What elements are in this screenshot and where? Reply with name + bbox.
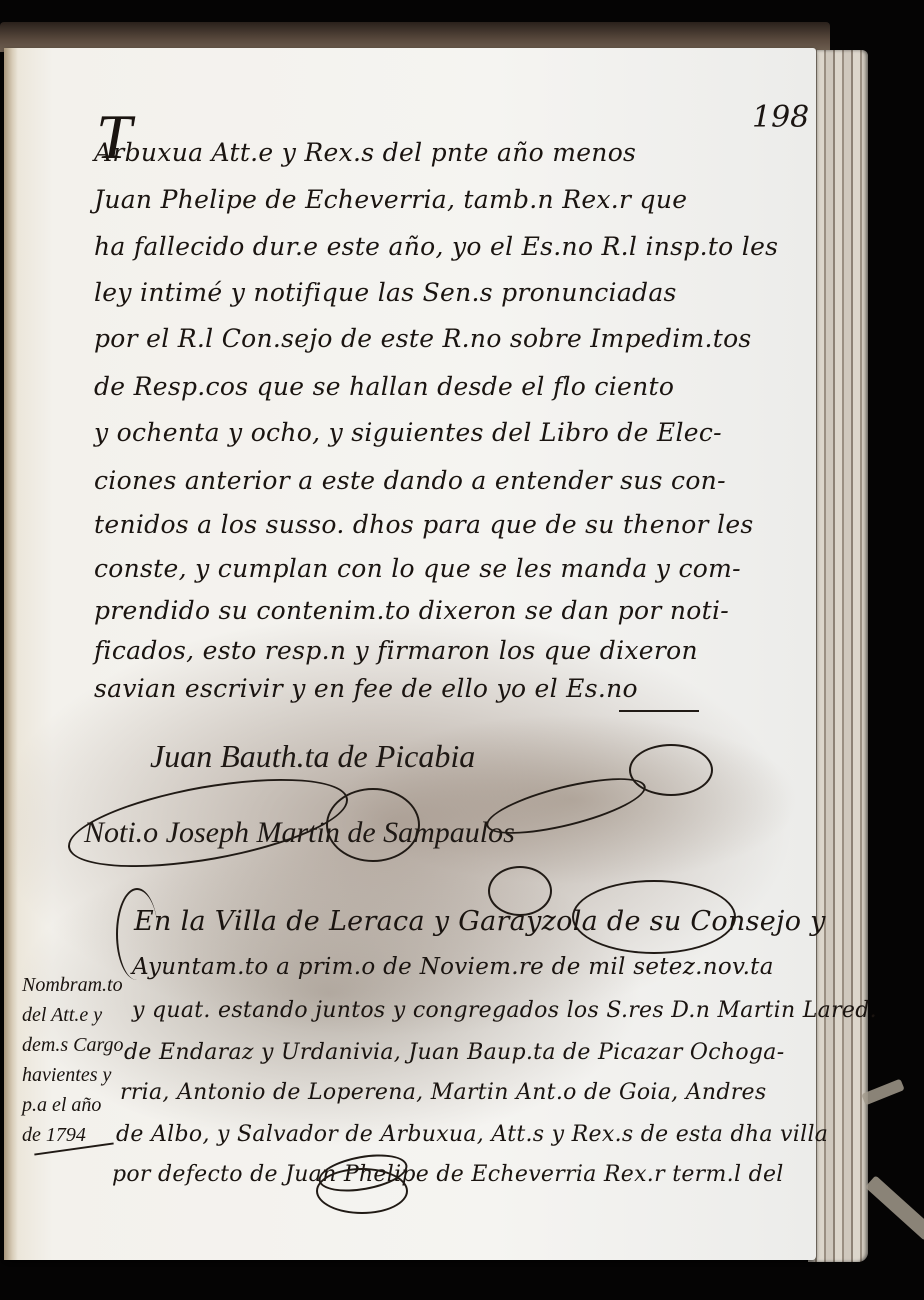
entry-line: por defecto de Juan Phelipe de Echeverri…: [112, 1162, 784, 1187]
body-line: savian escrivir y en fee de ello yo el E…: [94, 674, 638, 703]
body-line: por el R.l Con.sejo de este R.no sobre I…: [94, 324, 752, 353]
entry-line: Ayuntam.to a prim.o de Noviem.re de mil …: [132, 954, 774, 980]
signature-flourish: [326, 788, 420, 862]
ribbon-tie-lower: [865, 1175, 924, 1240]
body-line: Arbuxua Att.e y Rex.s del pnte año menos: [94, 138, 636, 167]
manuscript-page: 198 T Arbuxua Att.e y Rex.s del pnte año…: [4, 48, 816, 1260]
body-line: ley intimé y notifique las Sen.s pronunc…: [94, 278, 677, 307]
body-line: ficados, esto resp.n y firmaron los que …: [94, 636, 698, 665]
entry-line: de Albo, y Salvador de Arbuxua, Att.s y …: [116, 1122, 828, 1147]
margin-note-line: havientes y: [22, 1060, 123, 1090]
entry-line: de Endaraz y Urdanivia, Juan Baup.ta de …: [124, 1040, 784, 1065]
body-line: ha fallecido dur.e este año, yo el Es.no…: [94, 232, 778, 261]
margin-note-line: de 1794: [22, 1120, 123, 1150]
entry-line: y quat. estando juntos y congregados los…: [132, 998, 877, 1023]
margin-note-line: del Att.e y: [22, 1000, 123, 1030]
margin-note-line: Nombram.to: [22, 970, 123, 1000]
entry-line: En la Villa de Leraca y Garayzola de su …: [134, 906, 826, 937]
body-line: prendido su contenim.to dixeron se dan p…: [94, 596, 729, 625]
margin-note: Nombram.to del Att.e y dem.s Cargo havie…: [22, 970, 123, 1150]
margin-note-line: p.a el año: [22, 1090, 123, 1120]
signature-flourish: [62, 762, 355, 884]
margin-note-line: dem.s Cargo: [22, 1030, 123, 1060]
body-line: tenidos a los susso. dhos para que de su…: [94, 510, 754, 539]
body-line: y ochenta y ocho, y siguientes del Libro…: [94, 418, 722, 447]
signature-juan-bautista-picabia: Juan Bauth.ta de Picabia: [150, 738, 475, 775]
body-line: de Resp.cos que se hallan desde el flo c…: [94, 372, 674, 401]
body-end-underline: [619, 710, 699, 712]
body-line: Juan Phelipe de Echeverria, tamb.n Rex.r…: [94, 185, 687, 214]
body-line: ciones anterior a este dando a entender …: [94, 466, 726, 495]
folio-number: 198: [752, 100, 809, 135]
stacked-page-edges: [808, 50, 868, 1262]
body-line: conste, y cumplan con lo que se les mand…: [94, 554, 741, 583]
entry-line: rria, Antonio de Loperena, Martin Ant.o …: [120, 1080, 766, 1105]
signature-flourish: [482, 767, 651, 845]
